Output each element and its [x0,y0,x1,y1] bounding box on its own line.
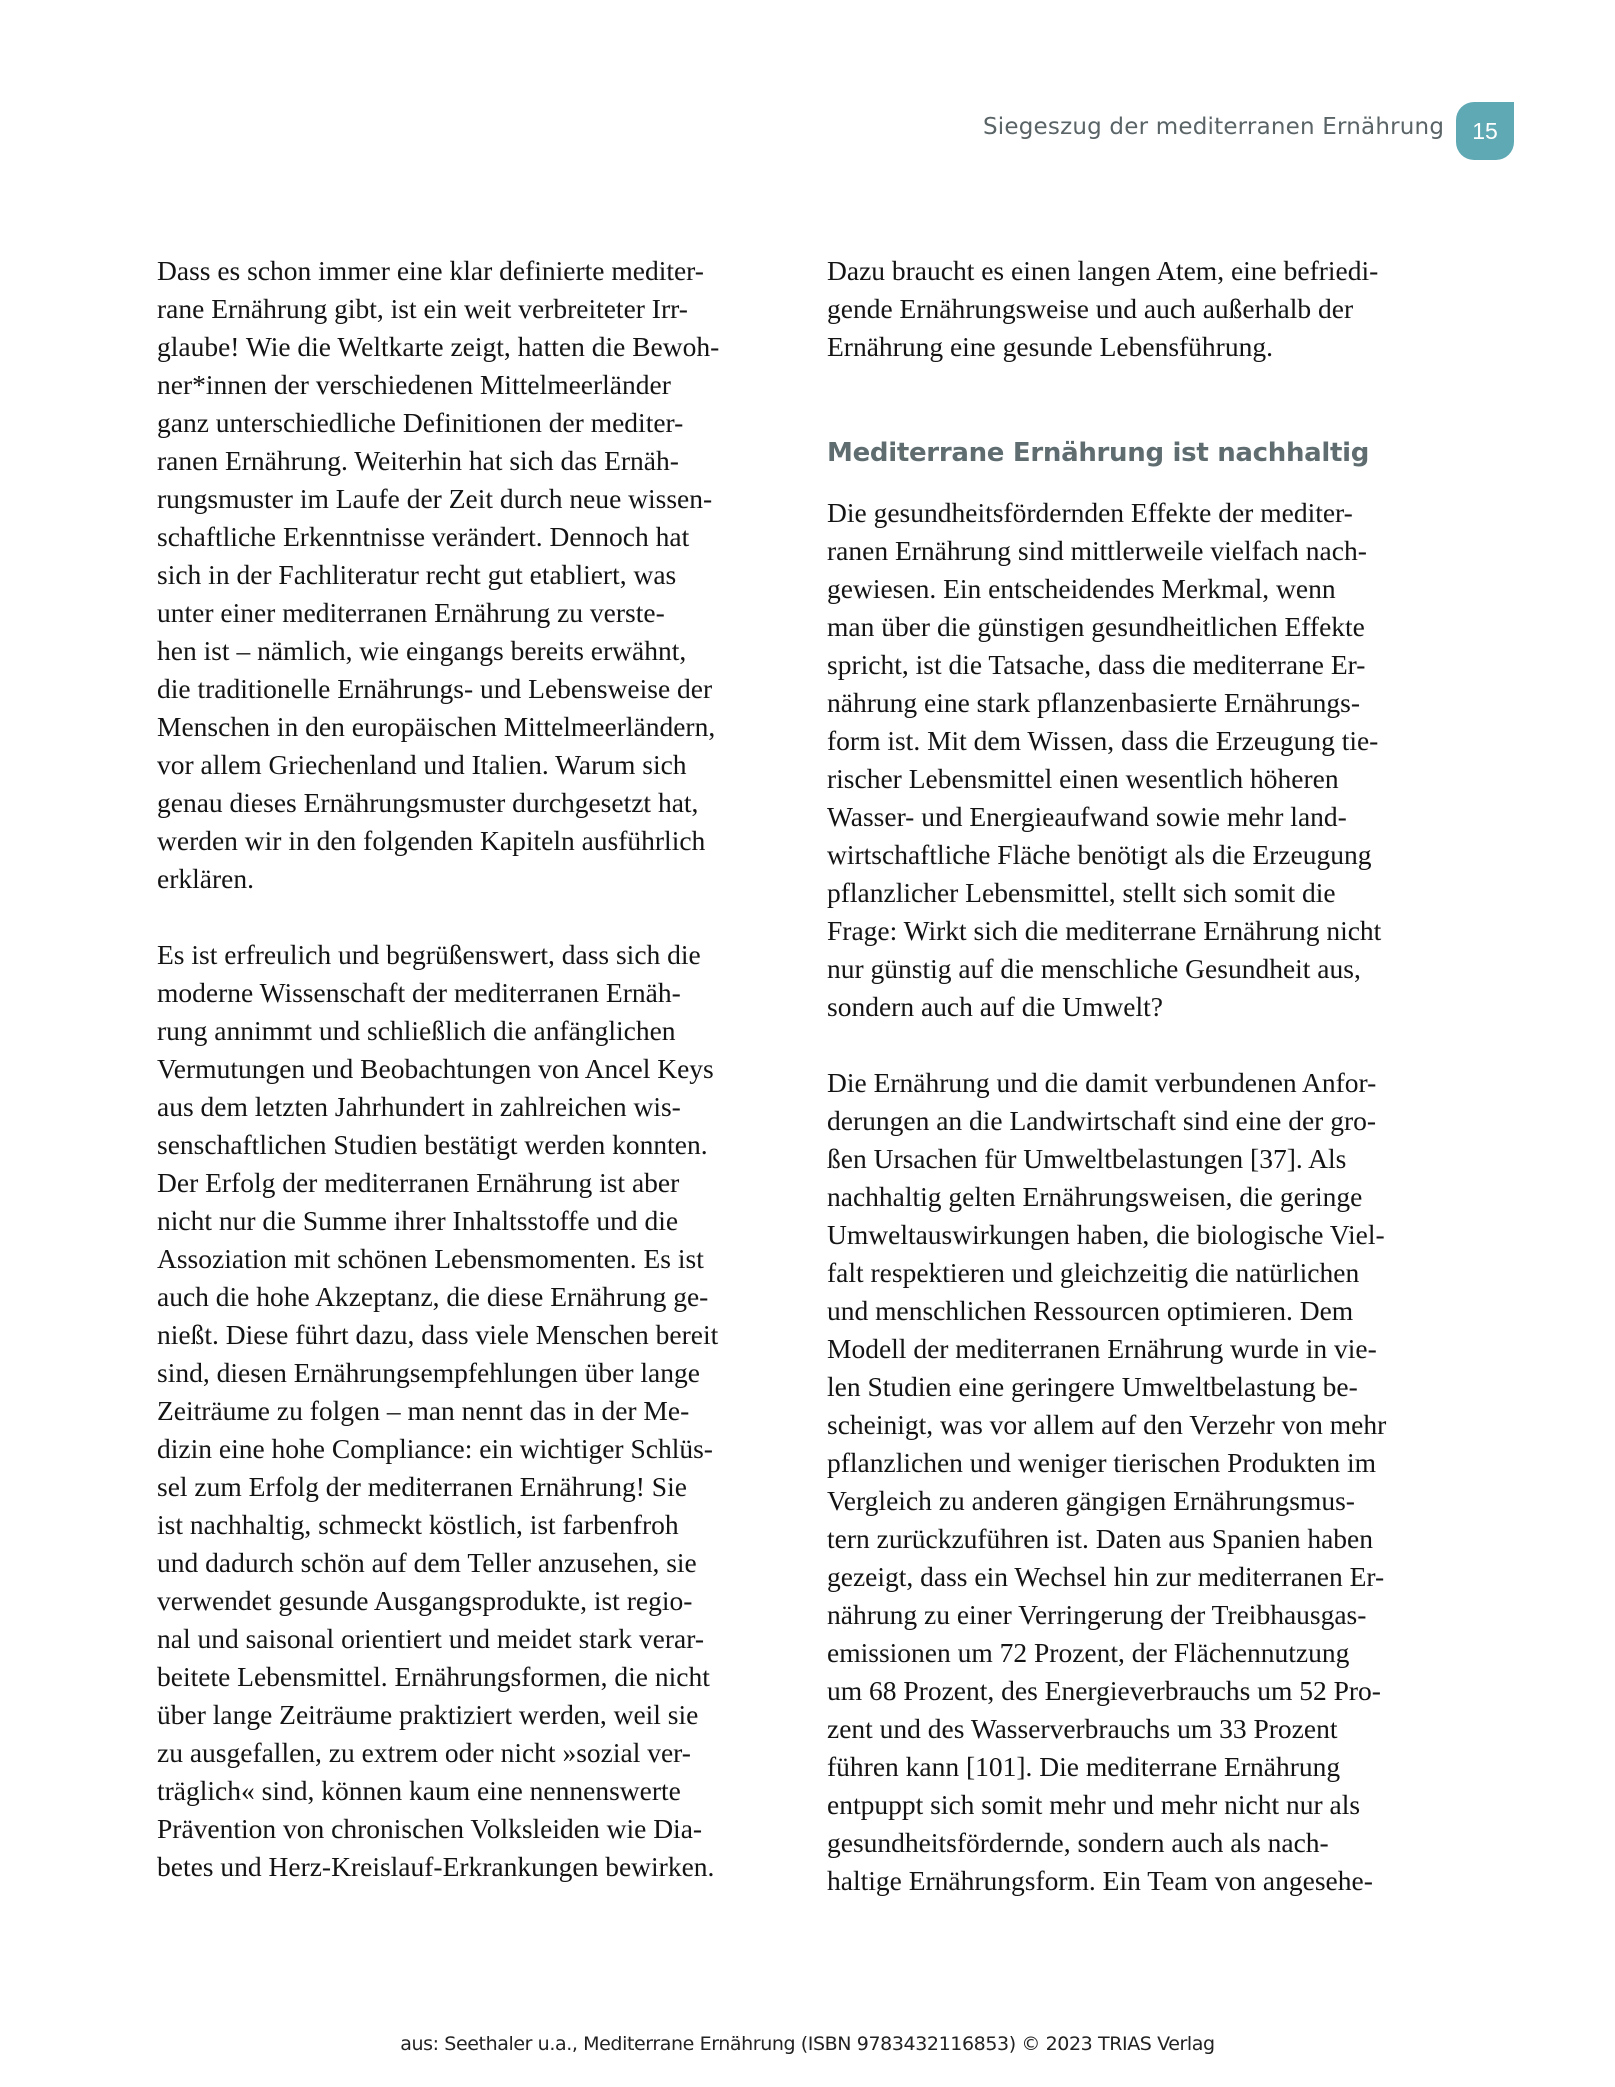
text-line: moderne Wissenschaft der mediterranen Er… [157,974,757,1012]
text-line: zent und des Wasserverbrauchs um 33 Proz… [827,1710,1427,1748]
text-line: hen ist – nämlich, wie eingangs bereits … [157,632,757,670]
text-line: aus dem letzten Jahrhundert in zahlreich… [157,1088,757,1126]
text-line: führen kann [101]. Die mediterrane Ernäh… [827,1748,1427,1786]
text-line: len Studien eine geringere Umweltbelastu… [827,1368,1427,1406]
text-line: derungen an die Landwirtschaft sind eine… [827,1102,1427,1140]
text-line: tern zurückzuführen ist. Daten aus Spani… [827,1520,1427,1558]
text-line: Frage: Wirkt sich die mediterrane Ernähr… [827,912,1427,950]
text-line: Die Ernährung und die damit verbundenen … [827,1064,1427,1102]
text-line: nal und saisonal orientiert und meidet s… [157,1620,757,1658]
text-line: pflanzlicher Lebensmittel, stellt sich s… [827,874,1427,912]
text-line: Vermutungen und Beobachtungen von Ancel … [157,1050,757,1088]
text-line: spricht, ist die Tatsache, dass die medi… [827,646,1427,684]
page-number: 15 [1472,118,1498,145]
text-line: betes und Herz-Kreislauf-Erkrankungen be… [157,1848,757,1886]
right-text-column: Dazu braucht es einen langen Atem, eine … [827,252,1427,1900]
text-line: Es ist erfreulich und begrüßenswert, das… [157,936,757,974]
text-line: die traditionelle Ernährungs- und Lebens… [157,670,757,708]
text-line: Die gesundheitsfördernden Effekte der me… [827,494,1427,532]
text-line: Dazu braucht es einen langen Atem, eine … [827,252,1427,290]
paragraph: Die Ernährung und die damit verbundenen … [827,1064,1427,1900]
text-line: verwendet gesunde Ausgangsprodukte, ist … [157,1582,757,1620]
paragraph: Dass es schon immer eine klar definierte… [157,252,757,898]
text-line: träglich« sind, können kaum eine nennens… [157,1772,757,1810]
page-number-badge: 15 [1456,102,1514,160]
text-line: scheinigt, was vor allem auf den Verzehr… [827,1406,1427,1444]
text-line: nachhaltig gelten Ernährungsweisen, die … [827,1178,1427,1216]
text-line: Der Erfolg der mediterranen Ernährung is… [157,1164,757,1202]
text-line: Zeiträume zu folgen – man nennt das in d… [157,1392,757,1430]
text-line: rane Ernährung gibt, ist ein weit verbre… [157,290,757,328]
text-line: auch die hohe Akzeptanz, die diese Ernäh… [157,1278,757,1316]
text-line: sel zum Erfolg der mediterranen Ernährun… [157,1468,757,1506]
section-heading: Mediterrane Ernährung ist nachhaltig [827,434,1427,472]
text-line: ist nachhaltig, schmeckt köstlich, ist f… [157,1506,757,1544]
text-line: sind, diesen Ernährungsempfehlungen über… [157,1354,757,1392]
text-line: ranen Ernährung sind mittlerweile vielfa… [827,532,1427,570]
text-line: gewiesen. Ein entscheidendes Merkmal, we… [827,570,1427,608]
paragraph: Die gesundheitsfördernden Effekte der me… [827,494,1427,1026]
text-line: sich in der Fachliteratur recht gut etab… [157,556,757,594]
text-line: rischer Lebensmittel einen wesentlich hö… [827,760,1427,798]
text-line: über lange Zeiträume praktiziert werden,… [157,1696,757,1734]
text-line: falt respektieren und gleichzeitig die n… [827,1254,1427,1292]
text-line: gende Ernährungsweise und auch außerhalb… [827,290,1427,328]
text-line: ranen Ernährung. Weiterhin hat sich das … [157,442,757,480]
copyright-footer: aus: Seethaler u.a., Mediterrane Ernähru… [0,2033,1615,2055]
text-line: und menschlichen Ressourcen optimieren. … [827,1292,1427,1330]
text-line: Prävention von chronischen Volksleiden w… [157,1810,757,1848]
text-line: Umweltauswirkungen haben, die biologisch… [827,1216,1427,1254]
text-line: form ist. Mit dem Wissen, dass die Erzeu… [827,722,1427,760]
left-text-column: Dass es schon immer eine klar definierte… [157,252,757,1886]
text-line: gesundheitsfördernde, sondern auch als n… [827,1824,1427,1862]
text-line: Menschen in den europäischen Mittelmeerl… [157,708,757,746]
text-line: unter einer mediterranen Ernährung zu ve… [157,594,757,632]
text-line: senschaftlichen Studien bestätigt werden… [157,1126,757,1164]
text-line: Assoziation mit schönen Lebensmomenten. … [157,1240,757,1278]
book-page: Siegeszug der mediterranen Ernährung 15 … [0,0,1615,2087]
text-line: haltige Ernährungsform. Ein Team von ang… [827,1862,1427,1900]
text-line: nährung zu einer Verringerung der Treibh… [827,1596,1427,1634]
text-line: werden wir in den folgenden Kapiteln aus… [157,822,757,860]
running-header-title: Siegeszug der mediterranen Ernährung [983,114,1444,140]
text-line: Dass es schon immer eine klar definierte… [157,252,757,290]
text-line: beitete Lebensmittel. Ernährungsformen, … [157,1658,757,1696]
text-line: rungsmuster im Laufe der Zeit durch neue… [157,480,757,518]
text-line: ßen Ursachen für Umweltbelastungen [37].… [827,1140,1427,1178]
text-line: Ernährung eine gesunde Lebensführung. [827,328,1427,366]
text-line: Wasser- und Energieaufwand sowie mehr la… [827,798,1427,836]
text-line: nur günstig auf die menschliche Gesundhe… [827,950,1427,988]
text-line: nießt. Diese führt dazu, dass viele Mens… [157,1316,757,1354]
text-line: glaube! Wie die Weltkarte zeigt, hatten … [157,328,757,366]
text-line: entpuppt sich somit mehr und mehr nicht … [827,1786,1427,1824]
text-line: rung annimmt und schließlich die anfängl… [157,1012,757,1050]
paragraph: Es ist erfreulich und begrüßenswert, das… [157,936,757,1886]
text-line: dizin eine hohe Compliance: ein wichtige… [157,1430,757,1468]
text-line: erklären. [157,860,757,898]
text-line: pflanzlichen und weniger tierischen Prod… [827,1444,1427,1482]
text-line: sondern auch auf die Umwelt? [827,988,1427,1026]
text-line: genau dieses Ernährungsmuster durchgeset… [157,784,757,822]
text-line: ner*innen der verschiedenen Mittelmeerlä… [157,366,757,404]
text-line: gezeigt, dass ein Wechsel hin zur medite… [827,1558,1427,1596]
text-line: emissionen um 72 Prozent, der Flächennut… [827,1634,1427,1672]
text-line: Modell der mediterranen Ernährung wurde … [827,1330,1427,1368]
text-line: wirtschaftliche Fläche benötigt als die … [827,836,1427,874]
text-line: zu ausgefallen, zu extrem oder nicht »so… [157,1734,757,1772]
text-line: schaftliche Erkenntnisse verändert. Denn… [157,518,757,556]
paragraph: Dazu braucht es einen langen Atem, eine … [827,252,1427,366]
text-line: vor allem Griechenland und Italien. Waru… [157,746,757,784]
text-line: man über die günstigen gesundheitlichen … [827,608,1427,646]
text-line: Vergleich zu anderen gängigen Ernährungs… [827,1482,1427,1520]
text-line: ganz unterschiedliche Definitionen der m… [157,404,757,442]
text-line: nicht nur die Summe ihrer Inhaltsstoffe … [157,1202,757,1240]
text-line: um 68 Prozent, des Energieverbrauchs um … [827,1672,1427,1710]
text-line: und dadurch schön auf dem Teller anzuseh… [157,1544,757,1582]
text-line: nährung eine stark pflanzenbasierte Ernä… [827,684,1427,722]
